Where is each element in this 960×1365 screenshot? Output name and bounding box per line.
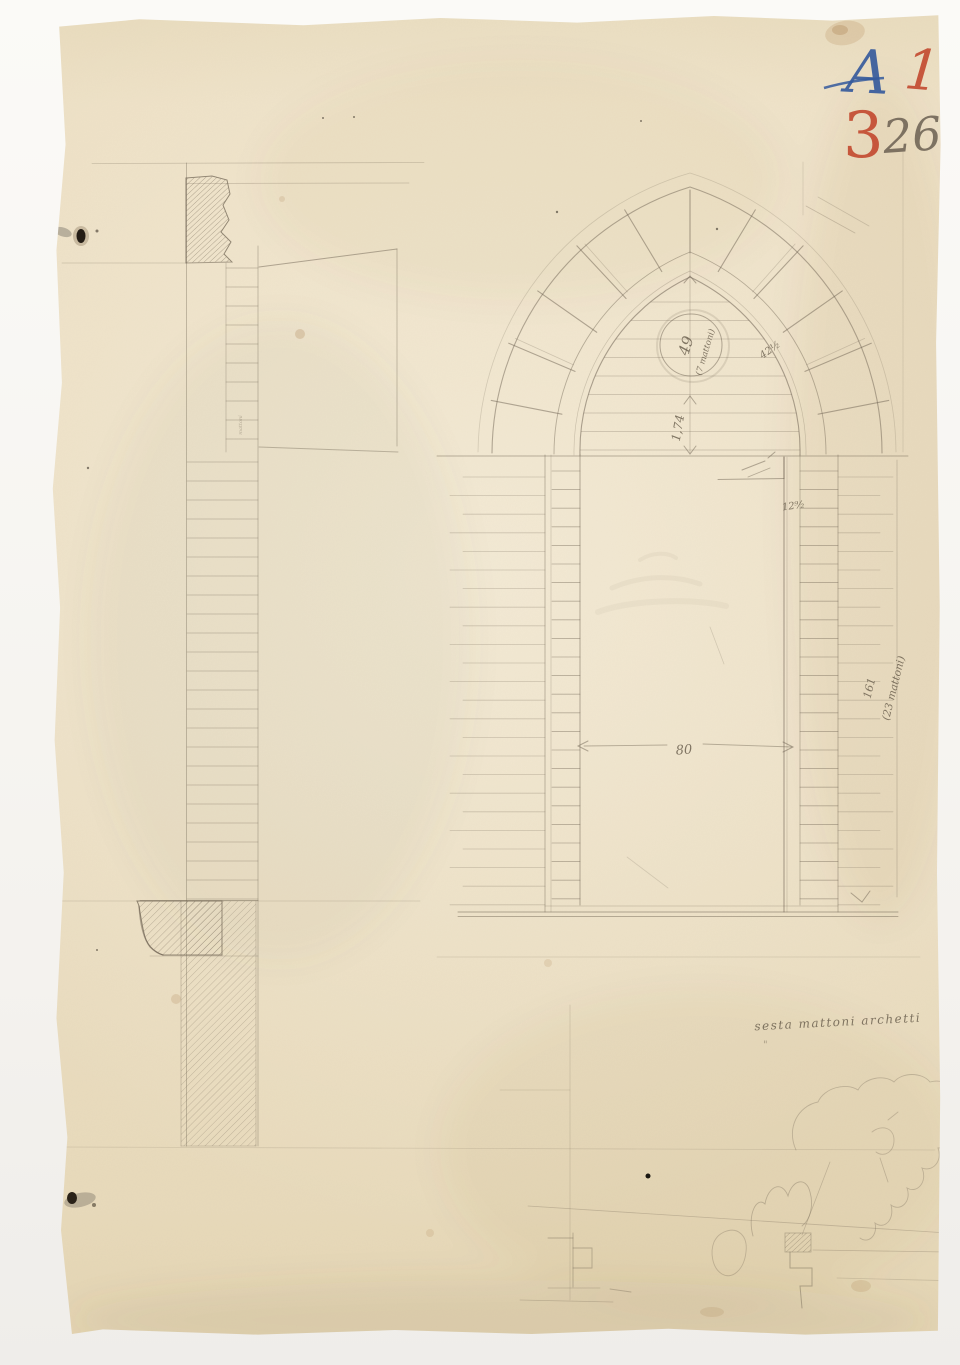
- archive-number-pencil: 26: [880, 106, 943, 164]
- caption-ditto-mark: ": [763, 1040, 768, 1051]
- archive-number-red-three: 3: [843, 99, 884, 173]
- archive-number-red-one: 1: [902, 37, 943, 105]
- left-margin-note: mattoni: [238, 415, 244, 435]
- pencil-drawing-layer: 49 (7 mattoni) 42½ 1,74 12⁹⁄₂ 80 161 (23…: [0, 0, 960, 1365]
- drawing-sheet: 49 (7 mattoni) 42½ 1,74 12⁹⁄₂ 80 161 (23…: [30, 12, 942, 1336]
- opening-width-dimension: 80: [675, 742, 693, 758]
- scan-background: { "sheet": { "archive_marks": { "blue_le…: [0, 0, 960, 1365]
